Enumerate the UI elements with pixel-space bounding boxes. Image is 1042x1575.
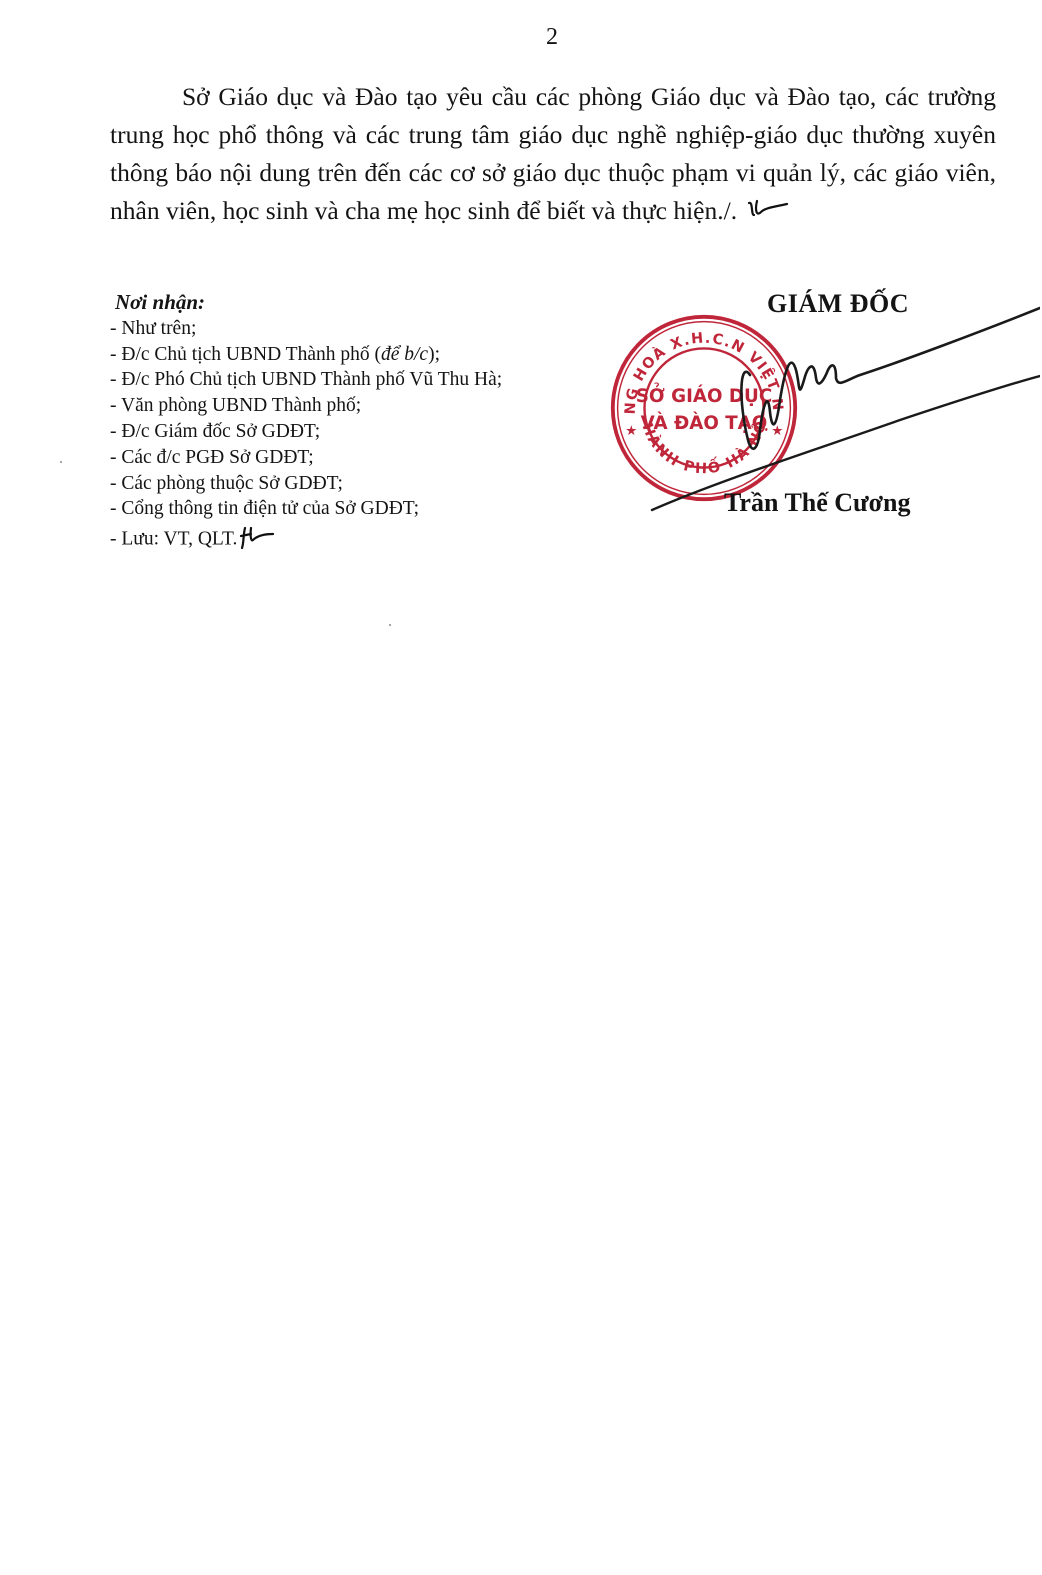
body-paragraph: Sở Giáo dục và Đào tạo yêu cầu các phòng… [110, 78, 996, 232]
recipient-item: - Các đ/c PGĐ Sở GDĐT; [110, 445, 502, 471]
recipient-item: - Đ/c Giám đốc Sở GDĐT; [110, 419, 502, 445]
recipient-item: - Các phòng thuộc Sở GDĐT; [110, 471, 502, 497]
recipient-item: - Như trên; [110, 316, 502, 342]
initials-mark-icon [239, 522, 275, 558]
recipient-item: - Đ/c Chủ tịch UBND Thành phố (để b/c); [110, 342, 502, 368]
scan-speck [389, 624, 391, 626]
recipients-title: Nơi nhận: [115, 290, 502, 316]
handwritten-signature-icon [600, 280, 1040, 540]
recipients-list: Nơi nhận: - Như trên; - Đ/c Chủ tịch UBN… [110, 290, 502, 558]
signature-block: GIÁM ĐỐC CỘNG HOÀ X.H.C.N VIỆT NAM THÀNH… [600, 280, 1040, 540]
recipient-item: - Đ/c Phó Chủ tịch UBND Thành phố Vũ Thu… [110, 367, 502, 393]
initials-mark-icon [745, 194, 789, 232]
paragraph-text: Sở Giáo dục và Đào tạo yêu cầu các phòng… [110, 82, 996, 225]
page-number: 2 [0, 24, 1042, 51]
recipient-item: - Cổng thông tin điện tử của Sở GDĐT; [110, 496, 502, 522]
recipient-item: - Lưu: VT, QLT. [110, 522, 502, 558]
recipient-item: - Văn phòng UBND Thành phố; [110, 393, 502, 419]
scan-speck [60, 461, 62, 463]
